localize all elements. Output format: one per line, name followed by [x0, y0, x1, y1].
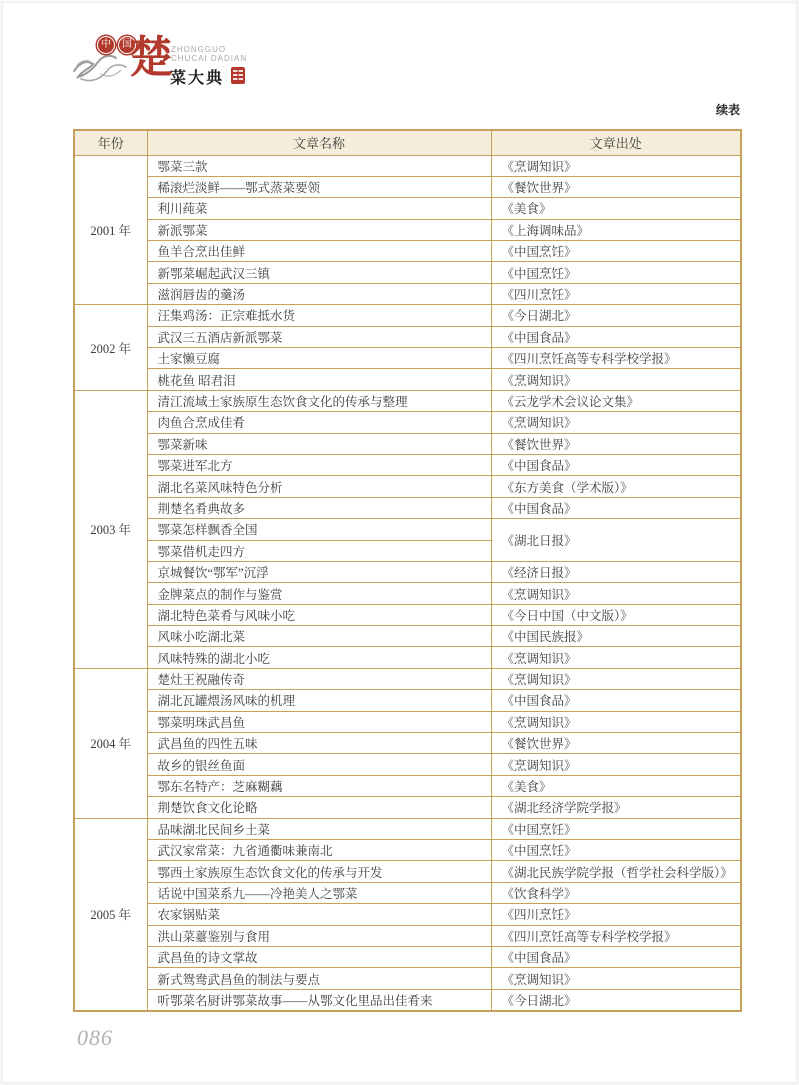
article-title-cell: 鄂菜进军北方 — [147, 454, 491, 475]
article-title-cell: 湖北特色菜肴与风味小吃 — [147, 604, 491, 625]
table-row: 2004 年楚灶王祝融传奇《烹调知识》 — [74, 668, 741, 689]
year-cell: 2002 年 — [74, 305, 147, 391]
table-row: 鄂菜明珠武昌鱼《烹调知识》 — [74, 711, 741, 732]
article-source-cell: 《烹调知识》 — [491, 711, 741, 732]
article-source-cell: 《烹调知识》 — [491, 369, 741, 390]
article-source-cell: 《餐饮世界》 — [491, 733, 741, 754]
article-source-cell: 《今日湖北》 — [491, 305, 741, 326]
table-row: 2003 年清江流域土家族原生态饮食文化的传承与整理《云龙学术会议论文集》 — [74, 390, 741, 411]
article-source-cell: 《中国食品》 — [491, 497, 741, 518]
table-row: 风味特殊的湖北小吃《烹调知识》 — [74, 647, 741, 668]
table-row: 2001 年鄂菜三款《烹调知识》 — [74, 155, 741, 176]
articles-table: 年份 文章名称 文章出处 2001 年鄂菜三款《烹调知识》稀滚烂淡鲜——鄂式蒸菜… — [73, 129, 742, 1012]
table-row: 风味小吃湖北菜《中国民族报》 — [74, 626, 741, 647]
article-title-cell: 农家锅贴菜 — [147, 904, 491, 925]
table-row: 荆楚饮食文化论略《湖北经济学院学报》 — [74, 797, 741, 818]
article-source-cell: 《中国食品》 — [491, 454, 741, 475]
article-title-cell: 鱼羊合烹出佳鲜 — [147, 241, 491, 262]
article-source-cell: 《湖北日报》 — [491, 519, 741, 562]
article-source-cell: 《四川烹饪高等专科学校学报》 — [491, 925, 741, 946]
article-title-cell: 汪集鸡汤：正宗难抵水货 — [147, 305, 491, 326]
table-row: 湖北特色菜肴与风味小吃《今日中国（中文版）》 — [74, 604, 741, 625]
article-source-cell: 《中国食品》 — [491, 326, 741, 347]
table-row: 鱼羊合烹出佳鲜《中国烹饪》 — [74, 241, 741, 262]
article-source-cell: 《四川烹饪》 — [491, 283, 741, 304]
article-source-cell: 《烹调知识》 — [491, 155, 741, 176]
article-title-cell: 滋润唇齿的羹汤 — [147, 283, 491, 304]
column-header-source: 文章出处 — [491, 130, 741, 155]
table-row: 话说中国菜系九——冷艳美人之鄂菜《饮食科学》 — [74, 882, 741, 903]
article-source-cell: 《餐饮世界》 — [491, 433, 741, 454]
article-title-cell: 金牌菜点的制作与鉴赏 — [147, 583, 491, 604]
article-title-cell: 武昌鱼的四性五味 — [147, 733, 491, 754]
article-title-cell: 楚灶王祝融传奇 — [147, 668, 491, 689]
article-title-cell: 鄂西土家族原生态饮食文化的传承与开发 — [147, 861, 491, 882]
article-title-cell: 桃花鱼 昭君泪 — [147, 369, 491, 390]
article-source-cell: 《中国烹饪》 — [491, 262, 741, 283]
table-header-row: 年份 文章名称 文章出处 — [74, 130, 741, 155]
article-title-cell: 品味湖北民间乡土菜 — [147, 818, 491, 839]
article-title-cell: 洪山菜薹鉴别与食用 — [147, 925, 491, 946]
year-cell: 2001 年 — [74, 155, 147, 305]
table-row: 武汉三五酒店新派鄂菜《中国食品》 — [74, 326, 741, 347]
article-title-cell: 武昌鱼的诗文掌故 — [147, 946, 491, 967]
book-logo: 中 国 楚 ZHONGGUO CHUCAI DADIAN 菜大典 — [3, 3, 323, 103]
table-row: 鄂菜怎样飘香全国《湖北日报》 — [74, 519, 741, 540]
table-row: 桃花鱼 昭君泪《烹调知识》 — [74, 369, 741, 390]
article-source-cell: 《今日湖北》 — [491, 989, 741, 1010]
article-source-cell: 《烹调知识》 — [491, 412, 741, 433]
article-source-cell: 《今日中国（中文版）》 — [491, 604, 741, 625]
table-row: 湖北瓦罐煨汤风味的机理《中国食品》 — [74, 690, 741, 711]
table-row: 荆楚名肴典故多《中国食品》 — [74, 497, 741, 518]
article-source-cell: 《美食》 — [491, 775, 741, 796]
table-row: 利川莼菜《美食》 — [74, 198, 741, 219]
article-title-cell: 风味特殊的湖北小吃 — [147, 647, 491, 668]
article-source-cell: 《四川烹饪高等专科学校学报》 — [491, 348, 741, 369]
year-cell: 2004 年 — [74, 668, 147, 818]
article-title-cell: 故乡的银丝鱼面 — [147, 754, 491, 775]
article-source-cell: 《美食》 — [491, 198, 741, 219]
continued-table-label: 续表 — [73, 101, 740, 118]
article-source-cell: 《烹调知识》 — [491, 668, 741, 689]
table-row: 鄂东名特产：芝麻糊藕《美食》 — [74, 775, 741, 796]
table-row: 武汉家常菜：九省通衢味兼南北《中国烹饪》 — [74, 840, 741, 861]
article-source-cell: 《东方美食（学术版）》 — [491, 476, 741, 497]
article-title-cell: 肉鱼合烹成佳肴 — [147, 412, 491, 433]
table-row: 故乡的银丝鱼面《烹调知识》 — [74, 754, 741, 775]
article-source-cell: 《餐饮世界》 — [491, 176, 741, 197]
article-title-cell: 鄂菜借机走四方 — [147, 540, 491, 561]
article-source-cell: 《四川烹饪》 — [491, 904, 741, 925]
table-row: 2002 年汪集鸡汤：正宗难抵水货《今日湖北》 — [74, 305, 741, 326]
article-title-cell: 武汉三五酒店新派鄂菜 — [147, 326, 491, 347]
article-source-cell: 《中国烹饪》 — [491, 818, 741, 839]
year-cell: 2005 年 — [74, 818, 147, 1011]
article-source-cell: 《烹调知识》 — [491, 754, 741, 775]
article-source-cell: 《饮食科学》 — [491, 882, 741, 903]
article-title-cell: 清江流域土家族原生态饮食文化的传承与整理 — [147, 390, 491, 411]
article-title-cell: 武汉家常菜：九省通衢味兼南北 — [147, 840, 491, 861]
article-source-cell: 《云龙学术会议论文集》 — [491, 390, 741, 411]
book-page: 中 国 楚 ZHONGGUO CHUCAI DADIAN 菜大典 续表 年份 文… — [2, 2, 797, 1083]
article-source-cell: 《烹调知识》 — [491, 583, 741, 604]
article-source-cell: 《中国食品》 — [491, 946, 741, 967]
article-source-cell: 《湖北民族学院学报（哲学社会科学版）》 — [491, 861, 741, 882]
article-source-cell: 《中国食品》 — [491, 690, 741, 711]
article-title-cell: 风味小吃湖北菜 — [147, 626, 491, 647]
column-header-year: 年份 — [74, 130, 147, 155]
article-title-cell: 土家懒豆腐 — [147, 348, 491, 369]
article-title-cell: 鄂菜新味 — [147, 433, 491, 454]
table-row: 鄂西土家族原生态饮食文化的传承与开发《湖北民族学院学报（哲学社会科学版）》 — [74, 861, 741, 882]
article-title-cell: 新鄂菜崛起武汉三镇 — [147, 262, 491, 283]
article-source-cell: 《烹调知识》 — [491, 968, 741, 989]
article-title-cell: 湖北名菜风味特色分析 — [147, 476, 491, 497]
logo-subtitle: 菜大典 — [170, 65, 224, 88]
logo-pinyin-line1: ZHONGGUO — [171, 45, 226, 54]
table-row: 肉鱼合烹成佳肴《烹调知识》 — [74, 412, 741, 433]
article-title-cell: 听鄂菜名厨讲鄂菜故事——从鄂文化里品出佳肴来 — [147, 989, 491, 1010]
article-source-cell: 《经济日报》 — [491, 561, 741, 582]
article-source-cell: 《中国烹饪》 — [491, 840, 741, 861]
table-row: 鄂菜进军北方《中国食品》 — [74, 454, 741, 475]
table-row: 武昌鱼的四性五味《餐饮世界》 — [74, 733, 741, 754]
red-seal-icon — [231, 67, 245, 84]
table-row: 京城餐饮“鄂军”沉浮《经济日报》 — [74, 561, 741, 582]
table-row: 土家懒豆腐《四川烹饪高等专科学校学报》 — [74, 348, 741, 369]
table-row: 新派鄂菜《上海调味品》 — [74, 219, 741, 240]
logo-pinyin-line2: CHUCAI DADIAN — [171, 54, 247, 63]
table-row: 2005 年品味湖北民间乡土菜《中国烹饪》 — [74, 818, 741, 839]
article-title-cell: 新派鄂菜 — [147, 219, 491, 240]
article-source-cell: 《湖北经济学院学报》 — [491, 797, 741, 818]
table-row: 湖北名菜风味特色分析《东方美食（学术版）》 — [74, 476, 741, 497]
logo-chu-character: 楚 — [129, 36, 173, 80]
table-row: 稀滚烂淡鲜——鄂式蒸菜要领《餐饮世界》 — [74, 176, 741, 197]
article-source-cell: 《中国民族报》 — [491, 626, 741, 647]
article-title-cell: 话说中国菜系九——冷艳美人之鄂菜 — [147, 882, 491, 903]
column-header-title: 文章名称 — [147, 130, 491, 155]
article-source-cell: 《上海调味品》 — [491, 219, 741, 240]
table-row: 洪山菜薹鉴别与食用《四川烹饪高等专科学校学报》 — [74, 925, 741, 946]
table-row: 鄂菜新味《餐饮世界》 — [74, 433, 741, 454]
article-title-cell: 京城餐饮“鄂军”沉浮 — [147, 561, 491, 582]
table-row: 新式鸳鸯武昌鱼的制法与要点《烹调知识》 — [74, 968, 741, 989]
table-row: 新鄂菜崛起武汉三镇《中国烹饪》 — [74, 262, 741, 283]
page-number: 086 — [77, 1025, 113, 1051]
table-row: 听鄂菜名厨讲鄂菜故事——从鄂文化里品出佳肴来《今日湖北》 — [74, 989, 741, 1010]
table-row: 金牌菜点的制作与鉴赏《烹调知识》 — [74, 583, 741, 604]
table-row: 农家锅贴菜《四川烹饪》 — [74, 904, 741, 925]
article-title-cell: 稀滚烂淡鲜——鄂式蒸菜要领 — [147, 176, 491, 197]
article-source-cell: 《中国烹饪》 — [491, 241, 741, 262]
table-row: 滋润唇齿的羹汤《四川烹饪》 — [74, 283, 741, 304]
table-row: 武昌鱼的诗文掌故《中国食品》 — [74, 946, 741, 967]
article-title-cell: 荆楚饮食文化论略 — [147, 797, 491, 818]
article-title-cell: 鄂菜明珠武昌鱼 — [147, 711, 491, 732]
article-title-cell: 鄂菜三款 — [147, 155, 491, 176]
article-title-cell: 湖北瓦罐煨汤风味的机理 — [147, 690, 491, 711]
article-title-cell: 荆楚名肴典故多 — [147, 497, 491, 518]
article-title-cell: 新式鸳鸯武昌鱼的制法与要点 — [147, 968, 491, 989]
article-source-cell: 《烹调知识》 — [491, 647, 741, 668]
article-title-cell: 鄂东名特产：芝麻糊藕 — [147, 775, 491, 796]
article-title-cell: 鄂菜怎样飘香全国 — [147, 519, 491, 540]
year-cell: 2003 年 — [74, 390, 147, 668]
article-title-cell: 利川莼菜 — [147, 198, 491, 219]
